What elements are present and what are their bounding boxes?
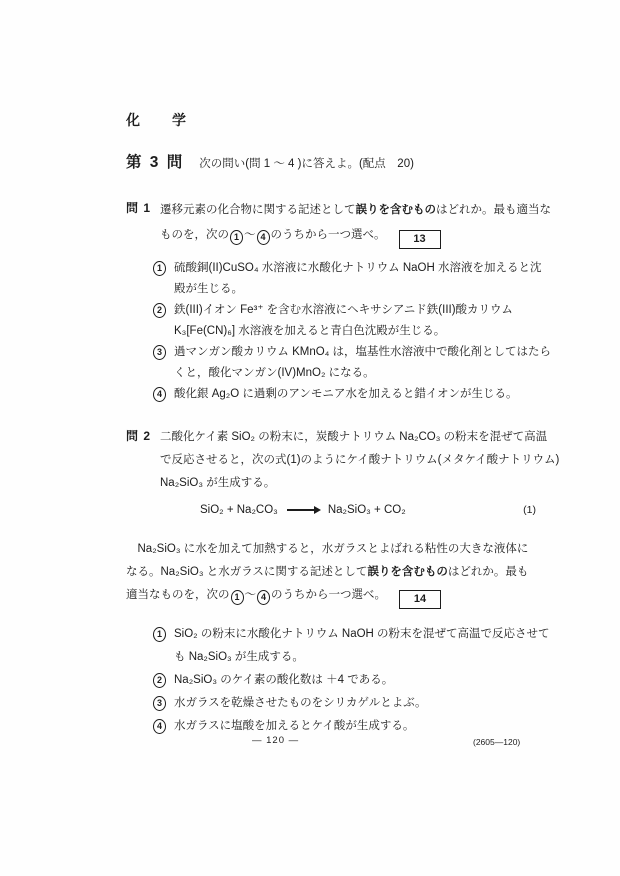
option-text: 硫酸銅(II)CuSO₄ 水溶液に水酸化ナトリウム NaOH 水溶液を加えると沈… bbox=[174, 258, 541, 300]
page-content: 化 学 第 3 問 次の問い(問 1 ～ 4 )に答えよ。(配点 20) 問 1… bbox=[126, 110, 566, 738]
option-text: 過マンガン酸カリウム KMnO₄ は，塩基性水溶液中で酸化剤としてはたら くと，… bbox=[174, 342, 551, 384]
q1-option-1: 1 硫酸銅(II)CuSO₄ 水溶液に水酸化ナトリウム NaOH 水溶液を加える… bbox=[152, 258, 566, 300]
question-1-label: 問 1 bbox=[126, 198, 160, 249]
question-1-options: 1 硫酸銅(II)CuSO₄ 水溶液に水酸化ナトリウム NaOH 水溶液を加える… bbox=[152, 258, 566, 405]
question-2-stem: 問 2 二酸化ケイ素 SiO₂ の粉末に，炭酸ナトリウム Na₂CO₃ の粉末を… bbox=[126, 426, 566, 495]
page-number: — 120 — bbox=[252, 735, 299, 746]
reaction-arrow-icon bbox=[287, 509, 319, 510]
answer-box-14: 14 bbox=[399, 590, 441, 609]
equation-1: SiO₂ + Na₂CO₃ Na₂SiO₃ + CO₂ (1) bbox=[200, 504, 536, 516]
option-text: 酸化銀 Ag₂O に過剰のアンモニア水を加えると錯イオンが生じる。 bbox=[174, 384, 518, 405]
option-text: 鉄(III)イオン Fe³⁺ を含む水溶液にヘキサシアニド鉄(III)酸カリウム… bbox=[174, 300, 513, 342]
equation-rhs: Na₂SiO₃ + CO₂ bbox=[328, 504, 406, 516]
circled-1-icon: 1 bbox=[231, 590, 244, 605]
circled-4-icon: 4 bbox=[257, 230, 270, 245]
option-text: 水ガラスを乾燥させたものをシリカゲルとよぶ。 bbox=[174, 692, 427, 715]
option-marker-icon: 4 bbox=[153, 387, 166, 402]
option-marker-icon: 1 bbox=[153, 627, 166, 642]
question-1-stem: 問 1 遷移元素の化合物に関する記述として誤りを含むものはどれか。最も適当な も… bbox=[126, 198, 566, 249]
q2-text-emphasis: 誤りを含むもの bbox=[367, 566, 448, 578]
equation-lhs: SiO₂ + Na₂CO₃ bbox=[200, 504, 278, 516]
subject-title: 化 学 bbox=[126, 110, 566, 130]
option-marker-icon: 3 bbox=[153, 696, 166, 711]
question-2-text: 二酸化ケイ素 SiO₂ の粉末に，炭酸ナトリウム Na₂CO₃ の粉末を混ぜて高… bbox=[160, 426, 559, 495]
circled-4-icon: 4 bbox=[257, 590, 270, 605]
q1-option-3: 3 過マンガン酸カリウム KMnO₄ は，塩基性水溶液中で酸化剤としてはたら く… bbox=[152, 342, 566, 384]
q1-range-separator: ～ bbox=[244, 229, 256, 241]
question-1-text: 遷移元素の化合物に関する記述として誤りを含むものはどれか。最も適当な ものを，次… bbox=[160, 198, 551, 249]
q1-text-pre: 遷移元素の化合物に関する記述として bbox=[160, 204, 356, 216]
option-text: Na₂SiO₃ のケイ素の酸化数は ＋4 である。 bbox=[174, 669, 393, 692]
q2-text-end: のうちから一つ選べ。 bbox=[271, 589, 386, 601]
q1-option-2: 2 鉄(III)イオン Fe³⁺ を含む水溶液にヘキサシアニド鉄(III)酸カリ… bbox=[152, 300, 566, 342]
question-1: 問 1 遷移元素の化合物に関する記述として誤りを含むものはどれか。最も適当な も… bbox=[126, 198, 566, 405]
q2-option-3: 3 水ガラスを乾燥させたものをシリカゲルとよぶ。 bbox=[152, 692, 566, 715]
answer-box-13: 13 bbox=[399, 230, 441, 249]
section-heading: 第 3 問 次の問い(問 1 ～ 4 )に答えよ。(配点 20) bbox=[126, 150, 566, 172]
document-code: (2605—120) bbox=[473, 737, 520, 747]
q2-option-2: 2 Na₂SiO₃ のケイ素の酸化数は ＋4 である。 bbox=[152, 669, 566, 692]
q1-text-emphasis: 誤りを含むもの bbox=[356, 204, 437, 216]
q1-option-4: 4 酸化銀 Ag₂O に過剰のアンモニア水を加えると錯イオンが生じる。 bbox=[152, 384, 566, 405]
option-marker-icon: 3 bbox=[153, 345, 166, 360]
option-marker-icon: 4 bbox=[153, 719, 166, 734]
question-2-options: 1 SiO₂ の粉末に水酸化ナトリウム NaOH の粉末を混ぜて高温で反応させて… bbox=[152, 623, 566, 738]
option-marker-icon: 1 bbox=[153, 261, 166, 276]
equation-number: (1) bbox=[523, 504, 536, 516]
q2-option-4: 4 水ガラスに塩酸を加えるとケイ酸が生成する。 bbox=[152, 715, 566, 738]
option-marker-icon: 2 bbox=[153, 673, 166, 688]
option-marker-icon: 2 bbox=[153, 303, 166, 318]
exam-page: 化 学 第 3 問 次の問い(問 1 ～ 4 )に答えよ。(配点 20) 問 1… bbox=[0, 0, 620, 876]
question-2: 問 2 二酸化ケイ素 SiO₂ の粉末に，炭酸ナトリウム Na₂CO₃ の粉末を… bbox=[126, 426, 566, 738]
section-instruction: 次の問い(問 1 ～ 4 )に答えよ。(配点 20) bbox=[199, 155, 414, 171]
circled-1-icon: 1 bbox=[230, 230, 243, 245]
question-2-paragraph-2: Na₂SiO₃ に水を加えて加熱すると，水ガラスとよばれる粘性の大きな液体に な… bbox=[126, 538, 566, 609]
q2-range-separator: ～ bbox=[245, 589, 257, 601]
option-text: SiO₂ の粉末に水酸化ナトリウム NaOH の粉末を混ぜて高温で反応させて も… bbox=[174, 623, 550, 669]
section-number: 第 3 問 bbox=[126, 150, 184, 172]
q2-option-1: 1 SiO₂ の粉末に水酸化ナトリウム NaOH の粉末を混ぜて高温で反応させて… bbox=[152, 623, 566, 669]
q1-text-end: のうちから一つ選べ。 bbox=[271, 229, 386, 241]
question-2-label: 問 2 bbox=[126, 426, 160, 495]
